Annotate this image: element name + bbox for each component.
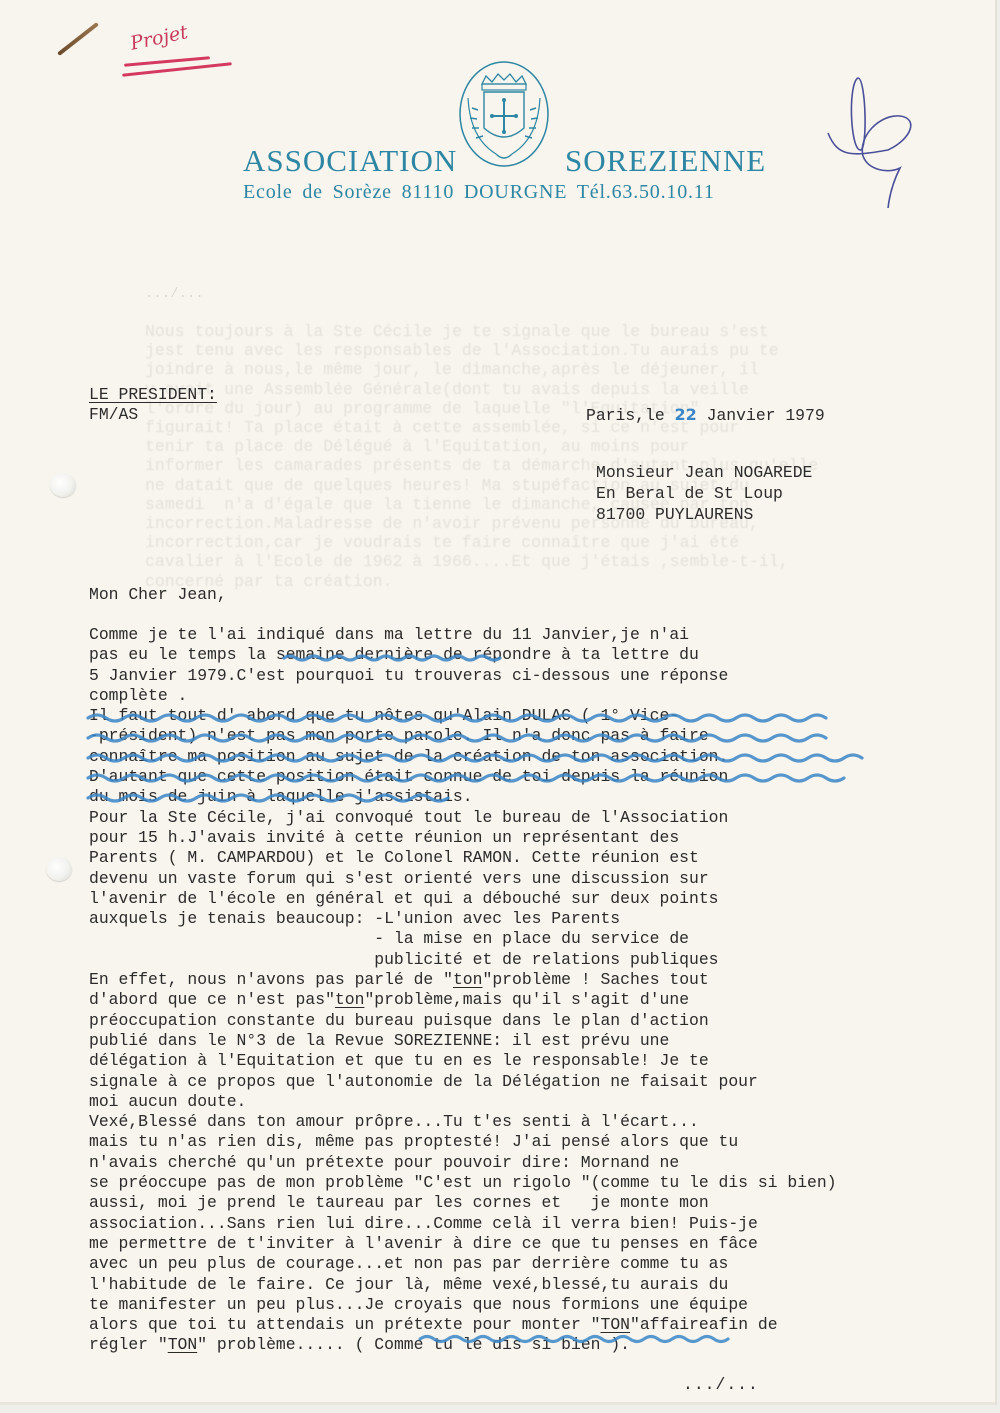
body-line: l'habitude de le faire. Ce jour là, même… (89, 1275, 837, 1295)
body-line: du mois de juin à laquelle j'assistais. (89, 787, 837, 807)
body-line: aussi, moi je prend le taureau par les c… (89, 1193, 837, 1213)
body-line: me permettre de t'inviter à l'avenir à d… (89, 1234, 837, 1254)
body-line: signale à ce propos que l'autonomie de l… (89, 1072, 837, 1092)
body-line: moi aucun doute. (89, 1092, 837, 1112)
handwritten-date-day: 22 (675, 405, 697, 424)
continuation-marker: .../... (683, 1375, 759, 1395)
bleed-through-line: informer les camarades présents de ta dé… (145, 456, 1000, 475)
body-line: association...Sans rien lui dire...Comme… (89, 1214, 837, 1234)
body-line: te manifester un peu plus...Je croyais q… (89, 1295, 837, 1315)
body-line: D'autant que cette position était connue… (89, 767, 837, 787)
body-line: publicité et de relations publiques (89, 950, 837, 970)
body-line: 5 Janvier 1979.C'est pourquoi tu trouver… (89, 666, 837, 686)
salutation: Mon Cher Jean, (89, 585, 227, 605)
body-line: connaître ma position au sujet de la cré… (89, 747, 837, 767)
bleed-through-line: samedi n'a d'égale que la tienne le dima… (145, 495, 1000, 514)
sender-title: LE PRESIDENT: (89, 385, 217, 405)
body-line: pour 15 h.J'avais invité à cette réunion… (89, 828, 837, 848)
body-line: auxquels je tenais beaucoup: -L'union av… (89, 909, 837, 929)
body-line: Comme je te l'ai indiqué dans ma lettre … (89, 625, 837, 645)
letter-page: .../... Nous toujours à la Ste Cécile je… (0, 0, 997, 1405)
letter-date: Paris,le 22 Janvier 1979 (586, 405, 825, 426)
body-line: Il faut tout d' abord que tu nôtes qu'Al… (89, 706, 837, 726)
bleed-through-pager: .../... (145, 286, 204, 302)
reference-code: FM/AS (89, 405, 138, 425)
letterhead-org-name-left: ASSOCIATION (243, 143, 457, 179)
body-line: publié dans le N°3 de la Revue SOREZIENN… (89, 1031, 837, 1051)
body-line: complète . (89, 686, 837, 706)
coat-of-arms-icon (456, 58, 552, 170)
body-line: l'avenir de l'école en général et qui a … (89, 889, 837, 909)
body-line: mais tu n'as rien dis, même pas proptest… (89, 1132, 837, 1152)
body-line: pas eu le temps la semaine dernière de r… (89, 645, 837, 665)
body-line: d'abord que ce n'est pas"ton"problème,ma… (89, 990, 837, 1010)
body-line: avec un peu plus de courage...et non pas… (89, 1254, 837, 1274)
body-line: -président) n'est pas mon porte parole. … (89, 726, 837, 746)
body-line: En effet, nous n'avons pas parlé de "ton… (89, 970, 837, 990)
staple-icon (57, 22, 99, 56)
bleed-through-line: l'ordre du jour) au programme de laquell… (145, 399, 1000, 418)
body-line: Parents ( M. CAMPARDOU) et le Colonel RA… (89, 848, 837, 868)
body-line: - la mise en place du service de (89, 929, 837, 949)
body-line: Pour la Ste Cécile, j'ai convoqué tout l… (89, 808, 837, 828)
bleed-through-line: Nous toujours à la Ste Cécile je te sign… (145, 322, 1000, 341)
bleed-through-line: incorrection.Maladresse de n'avoir préve… (145, 514, 1000, 533)
bleed-through-line: incorrection,car je voudrais te faire co… (145, 533, 1000, 552)
recipient-name: Monsieur Jean NOGAREDE (596, 462, 812, 483)
recipient-street: En Beral de St Loup (596, 483, 812, 504)
bleed-through-line: tenir ta place de Délégué à l'Equitation… (145, 437, 1000, 456)
bleed-through-line: cavalier à l'Ecole de 1962 à 1966....Et … (145, 552, 1000, 571)
bleed-through-line: y avait une Assemblée Générale(dont tu a… (145, 380, 1000, 399)
bleed-through-line: joindre à nous,le même jour, le dimanche… (145, 360, 1000, 379)
body-line: préoccupation constante du bureau puisqu… (89, 1011, 837, 1031)
body-line: se préoccupe pas de mon problème "C'est … (89, 1173, 837, 1193)
body-line: devenu un vaste forum qui s'est orienté … (89, 869, 837, 889)
bleed-through-line: figurait! Ta place était à cette assembl… (145, 418, 1000, 437)
bleed-through-text: Nous toujours à la Ste Cécile je te sign… (145, 322, 1000, 591)
letterhead-address: Ecole de Sorèze 81110 DOURGNE Tél.63.50.… (243, 181, 715, 204)
body-line: n'avais cherché qu'un prétexte pour pouv… (89, 1153, 837, 1173)
projet-annotation: Projet (128, 21, 189, 55)
body-line: régler "TON" problème..... ( Comme tu le… (89, 1335, 837, 1355)
bleed-through-line: ne datait que de quelques heures! Ma stu… (145, 476, 1000, 495)
bleed-through-line: concerné par ta création. (145, 572, 1000, 591)
letter-body: Comme je te l'ai indiqué dans ma lettre … (89, 625, 837, 1356)
body-line: délégation à l'Equitation et que tu en e… (89, 1051, 837, 1071)
recipient-address: Monsieur Jean NOGAREDEEn Beral de St Lou… (596, 462, 812, 525)
bleed-through-line: jest tenu avec les responsables de l'Ass… (145, 341, 1000, 360)
handwritten-initials-icon (818, 38, 918, 208)
punch-hole (50, 473, 76, 497)
body-line: Vexé,Blessé dans ton amour prôpre...Tu t… (89, 1112, 837, 1132)
recipient-city: 81700 PUYLAURENS (596, 504, 812, 525)
punch-hole (46, 857, 72, 881)
body-line: alors que toi tu attendais un prétexte p… (89, 1315, 837, 1335)
letterhead-org-name-right: SOREZIENNE (565, 143, 766, 179)
